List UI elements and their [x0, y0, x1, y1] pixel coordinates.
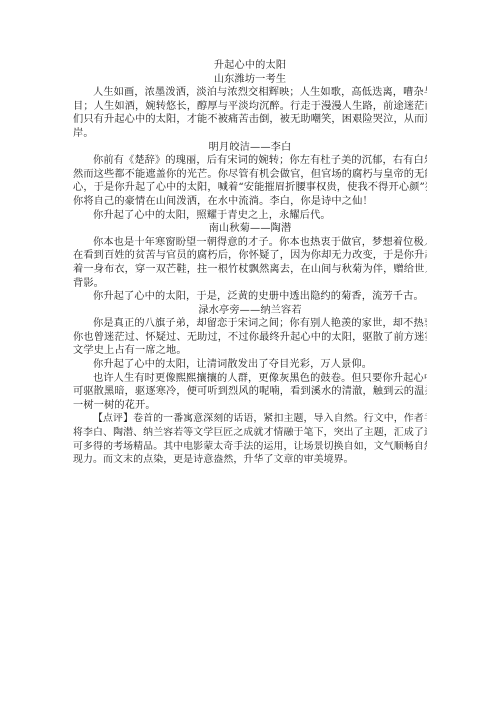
section-heading: 渌水亭旁——纳兰容若: [73, 304, 427, 318]
text-line: 然而这些都不能遮盖你的光芒。你尽管有机会做官，但官场的腐朽与皇帝的无能刺痛了你的: [73, 168, 427, 182]
section-heading: 南山秋菊——陶潜: [73, 222, 427, 236]
essay-author: 山东潍坊一考生: [73, 73, 427, 87]
text-line: 你前有《楚辞》的瑰丽，后有宋词的婉转；你左有杜子美的沉郁，右有白乐天的质朴。: [73, 154, 427, 168]
text-line: 背影。: [73, 277, 427, 291]
text-line: 你将自己的豪情在山间泼洒，在水中流淌。李白，你是诗中之仙！: [73, 195, 427, 209]
text-line: 可多得的考场精品。其中电影蒙太奇手法的运用，让场景切换自如，文气顺畅自然，极富表: [73, 440, 427, 454]
conclusion-paragraph: 也许人生有时更像熙熙攘攘的人群，更像灰黑色的鼓卷。但只要你升起心中的太阳，便 可…: [73, 372, 427, 413]
section-taoqian: 南山秋菊——陶潜 你本也是十年寒窗盼望一朝得意的才子。你本也热衷于做官，梦想着位…: [73, 222, 427, 304]
intro-paragraph: 人生如画，浓墨泼洒，淡泊与浓烈交相辉映；人生如歌，高低迭离，嘈杂与清脆皆成曲 目…: [73, 86, 427, 140]
section-nalan: 渌水亭旁——纳兰容若 你是真正的八旗子弟，却留恋于宋词之间；你有别人艳羡的家世，…: [73, 304, 427, 372]
commentary-paragraph: 【点评】卷首的一番寓意深刻的话语，紧扣主题，导入自然。行文中，作者手法娴熟地 将…: [73, 412, 427, 466]
text-line: 们只有升起心中的太阳，才能不被痛苦击倒，被无助嘲笑，困艰险哭泣，从而达到成功的彼: [73, 113, 427, 127]
section-closing: 你升起了心中的太阳，于是，泛黄的史册中透出隐约的菊香，流芳千古。: [73, 290, 427, 304]
section-libai: 明月皎洁——李白 你前有《楚辞》的瑰丽，后有宋词的婉转；你左有杜子美的沉郁，右有…: [73, 141, 427, 223]
text-line: 可驱散黑暗，驱逐寒冷，便可听到烈风的呢喃，看到溪水的清澈，触到云的温柔，嗅到四月: [73, 385, 427, 399]
document-page: 升起心中的太阳 山东潍坊一考生 人生如画，浓墨泼洒，淡泊与浓烈交相辉映；人生如歌…: [73, 59, 427, 467]
text-line: 你是真正的八旗子弟，却留恋于宋词之间；你有别人艳羡的家世，却不热衷于官场仕途；: [73, 317, 427, 331]
text-line: 你本也是十年寒窗盼望一朝得意的才子。你本也热衷于做官，梦想着位极人臣。然而，: [73, 236, 427, 250]
text-line: 岸。: [73, 127, 427, 141]
text-line: 将李白、陶潜、纳兰容若等文学巨匠之成就才情融于笔下，突出了主题，汇成了这样一篇不: [73, 426, 427, 440]
text-line: 你也曾迷茫过、怀疑过、无助过，不过你最终升起心中的太阳，驱散了前方迷雾，使清词在: [73, 331, 427, 345]
text-line: 文学史上占有一席之地。: [73, 344, 427, 358]
text-line: 现力。而文末的点染，更是诗意盎然，升华了文章的审美境界。: [73, 453, 427, 467]
text-line: 在看到百姓的贫苦与官员的腐朽后，你怀疑了，因为你却无力改变，于是你升起心中的太阳…: [73, 249, 427, 263]
section-heading: 明月皎洁——李白: [73, 141, 427, 155]
section-closing: 你升起了心中的太阳，照耀于青史之上，永耀后代。: [73, 209, 427, 223]
text-line: 【点评】卷首的一番寓意深刻的话语，紧扣主题，导入自然。行文中，作者手法娴熟地: [73, 412, 427, 426]
text-line: 一树一树的花开。: [73, 399, 427, 413]
text-line: 人生如画，浓墨泼洒，淡泊与浓烈交相辉映；人生如歌，高低迭离，嘈杂与清脆皆成曲: [73, 86, 427, 100]
text-line: 目；人生如酒，婉转悠长，醇厚与平淡均沉醉。行走于漫漫人生路，前途迷茫而危险，而我: [73, 100, 427, 114]
section-closing: 你升起了心中的太阳，让清词散发出了夺目光彩，万人景仰。: [73, 358, 427, 372]
text-line: 也许人生有时更像熙熙攘攘的人群，更像灰黑色的鼓卷。但只要你升起心中的太阳，便: [73, 372, 427, 386]
text-line: 着一身布衣，穿一双芒鞋，拄一根竹杖飘然离去，在山间与秋菊为伴，赠给世人一个坚毅的: [73, 263, 427, 277]
essay-title: 升起心中的太阳: [73, 59, 427, 73]
text-line: 心，于是你升起了心中的太阳，喊着“安能摧眉折腰事权贵，使我不得开心颜”狂笑而去，: [73, 181, 427, 195]
